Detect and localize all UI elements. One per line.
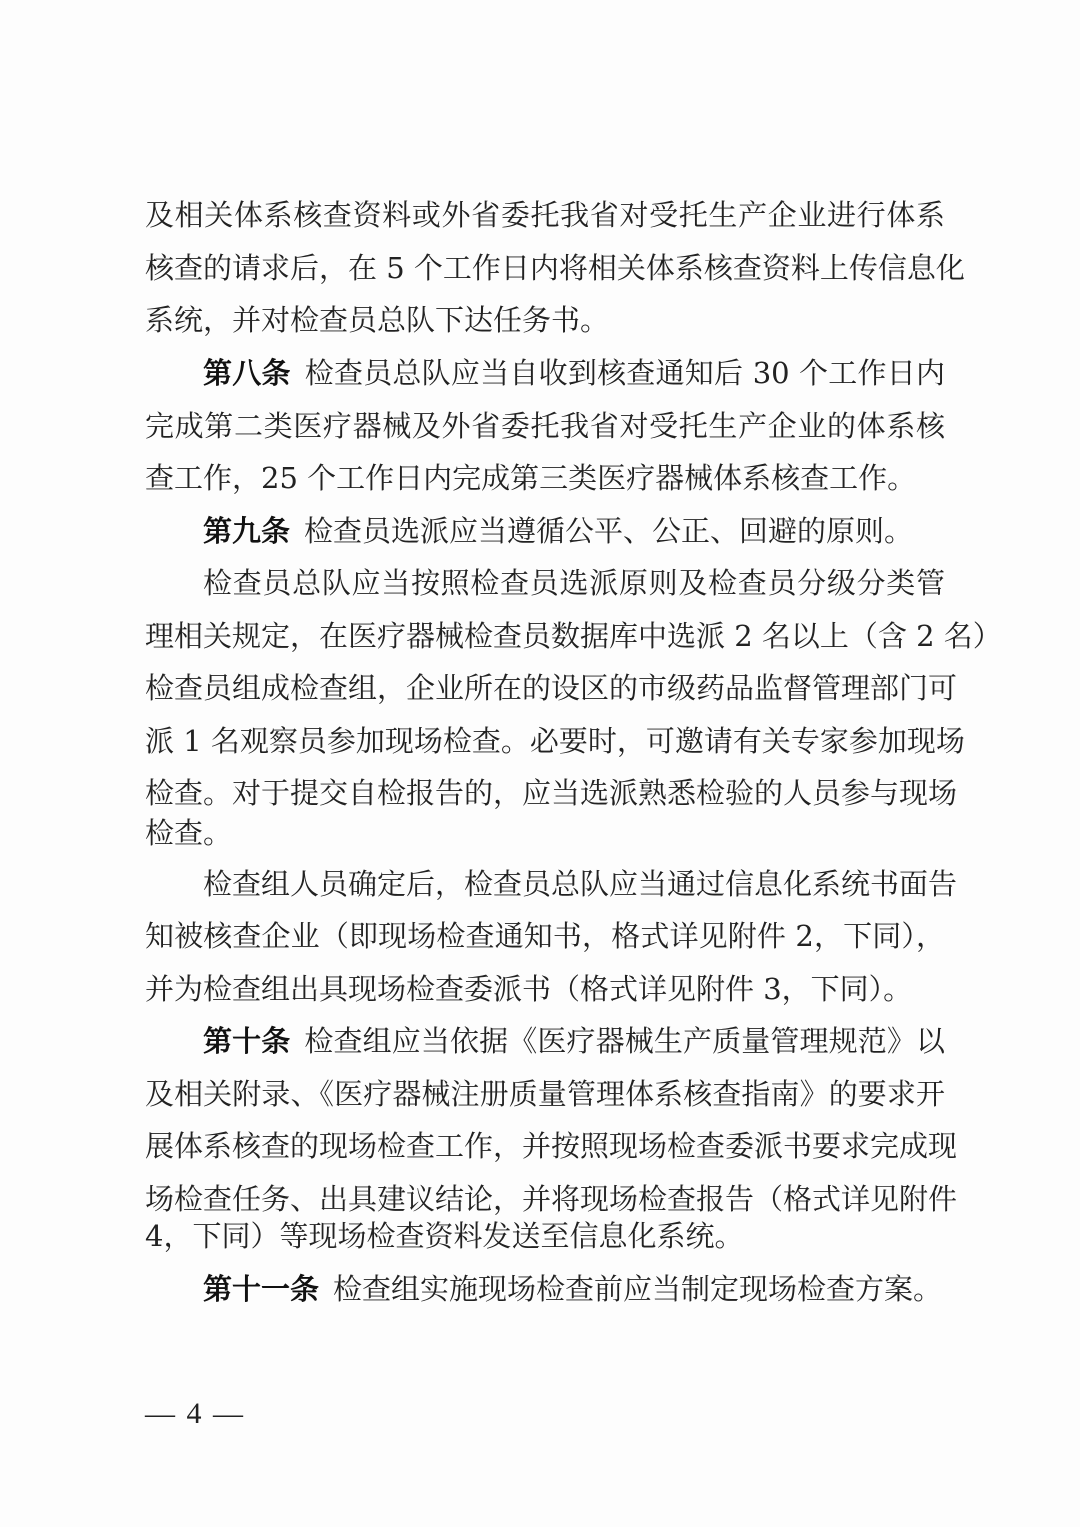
text-span: 检查组应当依据《医疗器械生产质量管理规范》以	[304, 1024, 945, 1058]
article-10-line: 第十条检查组应当依据《医疗器械生产质量管理规范》以	[203, 1023, 945, 1059]
text-span: 检查组实施现场检查前应当制定现场检查方案。	[333, 1272, 942, 1306]
article-9-line: 第九条检查员选派应当遵循公平、公正、回避的原则。	[203, 513, 945, 549]
text-line: 派 1 名观察员参加现场检查。必要时，可邀请有关专家参加现场	[145, 723, 945, 759]
text-line: 检查。对于提交自检报告的，应当选派熟悉检验的人员参与现场	[145, 775, 945, 811]
text-line: 检查。	[145, 815, 945, 851]
text-line: 场检查任务、出具建议结论，并将现场检查报告（格式详见附件	[145, 1181, 945, 1217]
text-line: 检查员组成检查组，企业所在的设区的市级药品监督管理部门可	[145, 670, 945, 706]
article-heading: 第十条	[203, 1024, 290, 1058]
article-heading: 第九条	[203, 514, 290, 548]
text-line: 核查的请求后，在 5 个工作日内将相关体系核查资料上传信息化	[145, 250, 945, 286]
article-heading: 第八条	[203, 356, 291, 390]
text-line: 4，下同）等现场检查资料发送至信息化系统。	[145, 1218, 945, 1254]
document-page: 及相关体系核查资料或外省委托我省对受托生产企业进行体系 核查的请求后，在 5 个…	[0, 0, 1080, 1527]
text-line: 展体系核查的现场检查工作，并按照现场检查委派书要求完成现	[145, 1128, 945, 1164]
article-11-line: 第十一条检查组实施现场检查前应当制定现场检查方案。	[203, 1271, 945, 1307]
text-line: 理相关规定，在医疗器械检查员数据库中选派 2 名以上（含 2 名）	[145, 618, 945, 654]
text-line: 知被核查企业（即现场检查通知书，格式详见附件 2，下同），	[145, 918, 945, 954]
text-span: 检查员总队应当自收到核查通知后 30 个工作日内	[305, 356, 945, 390]
text-line: 及相关体系核查资料或外省委托我省对受托生产企业进行体系	[145, 197, 945, 233]
text-line: 查工作，25 个工作日内完成第三类医疗器械体系核查工作。	[145, 460, 945, 496]
text-line: 并为检查组出具现场检查委派书（格式详见附件 3，下同）。	[145, 971, 945, 1007]
text-line: 检查员总队应当按照检查员选派原则及检查员分级分类管	[203, 565, 945, 601]
text-line: 及相关附录、《医疗器械注册质量管理体系核查指南》的要求开	[145, 1076, 945, 1112]
text-span: 检查员选派应当遵循公平、公正、回避的原则。	[304, 514, 913, 548]
text-line: 检查组人员确定后，检查员总队应当通过信息化系统书面告	[203, 866, 945, 902]
text-line: 系统，并对检查员总队下达任务书。	[145, 302, 945, 338]
article-8-line: 第八条检查员总队应当自收到核查通知后 30 个工作日内	[203, 355, 945, 391]
article-heading: 第十一条	[203, 1272, 319, 1306]
page-number: — 4 —	[145, 1397, 245, 1431]
text-line: 完成第二类医疗器械及外省委托我省对受托生产企业的体系核	[145, 408, 945, 444]
